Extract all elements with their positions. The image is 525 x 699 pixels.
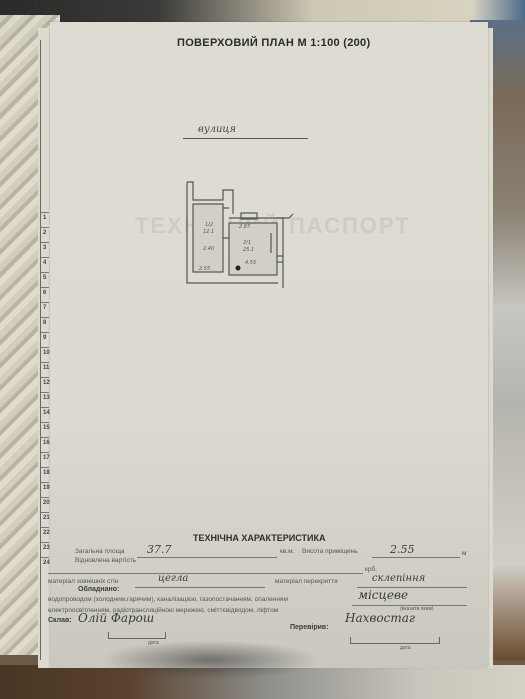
document-page <box>50 22 488 667</box>
cost-unit-label: крб. <box>365 566 377 573</box>
ruler-tick <box>41 317 49 318</box>
ruler-tick <box>41 212 49 213</box>
ruler-mark: 5 <box>43 275 46 281</box>
ruler-tick <box>41 347 49 348</box>
ruler-mark: 24 <box>43 560 50 566</box>
ruler-mark: 20 <box>43 500 50 506</box>
ruler-tick <box>41 407 49 408</box>
equipped-heading: Обладнано: <box>78 586 119 593</box>
ruler-mark: 15 <box>43 425 50 431</box>
ruler-mark: 3 <box>43 245 46 251</box>
ruler-tick <box>41 422 49 423</box>
ruler-mark: 2 <box>43 230 46 236</box>
checked-date-bracket <box>350 637 440 644</box>
compiled-date-bracket <box>108 632 166 639</box>
ruler-mark: 17 <box>43 455 50 461</box>
ruler-mark: 22 <box>43 530 50 536</box>
wall-material-label: матеріал зовнішніх стін <box>48 578 118 585</box>
ruler-mark: 12 <box>43 380 50 386</box>
ruler-mark: 16 <box>43 440 50 446</box>
height-value: 2.55 <box>390 543 415 556</box>
street-line <box>183 138 308 139</box>
ruler-tick <box>41 227 49 228</box>
svg-text:25.1: 25.1 <box>243 247 254 253</box>
ruler-mark: 4 <box>43 260 46 266</box>
ruler-tick <box>41 272 49 273</box>
ruler-mark: 7 <box>43 305 46 311</box>
restored-cost-label: Відновлена вартість <box>75 557 136 564</box>
height-line <box>372 557 460 558</box>
equipped-line-1: водопроводом (холодним,гарячим), каналіз… <box>48 596 288 603</box>
ruler-tick <box>41 257 49 258</box>
checked-date-caption: дата <box>400 645 411 651</box>
compiled-label: Склав: <box>48 617 72 624</box>
total-area-label: Загальна площа <box>75 548 125 555</box>
total-area-value: 37.7 <box>147 543 172 556</box>
ruler-tick <box>41 242 49 243</box>
svg-text:2/1: 2/1 <box>243 240 251 246</box>
wall-material-line <box>135 587 265 588</box>
ruler-tick <box>41 362 49 363</box>
svg-text:1/2: 1/2 <box>205 222 213 228</box>
ruler-mark: 9 <box>43 335 46 341</box>
ruler-tick <box>41 542 49 543</box>
ruler-tick <box>41 332 49 333</box>
ruler-mark: 6 <box>43 290 46 296</box>
ruler-tick <box>41 452 49 453</box>
restored-cost-line <box>48 573 363 574</box>
ruler-tick <box>41 527 49 528</box>
ruler-tick <box>41 482 49 483</box>
checked-signature: Нахвостаг <box>345 611 415 625</box>
ruler-mark: 8 <box>43 320 46 326</box>
ruler-tick <box>41 302 49 303</box>
ruler-mark: 21 <box>43 515 50 521</box>
ruler-mark: 1 <box>43 215 46 221</box>
svg-text:2.55: 2.55 <box>199 266 210 272</box>
binding-ruler: 123456789101112131415161718192021222324 <box>40 40 55 660</box>
ruler-tick <box>41 512 49 513</box>
height-unit-label: м <box>462 550 466 557</box>
tech-spec-heading: ТЕХНІЧНА ХАРАКТЕРИСТИКА <box>193 533 325 543</box>
area-unit-label: кв.м. <box>280 548 294 555</box>
page-title: ПОВЕРХОВИЙ ПЛАН М 1:100 (200) <box>177 37 370 49</box>
ruler-tick <box>41 377 49 378</box>
ruler-mark: 19 <box>43 485 50 491</box>
floor-plan-drawing: 1/2 12.1 2.40 2.55 2.87 2/1 25.1 4.55 <box>183 178 303 293</box>
ruler-tick <box>41 392 49 393</box>
ruler-tick <box>41 467 49 468</box>
ruler-tick <box>41 287 49 288</box>
ceiling-material-value: склепіння <box>372 573 425 584</box>
ruler-mark: 14 <box>43 410 50 416</box>
compiled-signature: Олій Фарош <box>78 611 154 625</box>
total-area-line <box>137 557 277 558</box>
ceiling-material-label: матеріал перекриття <box>275 578 338 585</box>
ruler-mark: 11 <box>43 365 49 371</box>
heating-value: місцеве <box>358 588 408 602</box>
ruler-tick <box>41 557 49 558</box>
checked-label: Перевірив: <box>290 624 329 631</box>
svg-text:12.1: 12.1 <box>203 229 214 235</box>
ruler-mark: 18 <box>43 470 50 476</box>
ruler-mark: 23 <box>43 545 50 551</box>
ruler-tick <box>41 437 49 438</box>
street-handwritten: вулиця <box>198 124 236 135</box>
height-label: Висота приміщень <box>302 548 358 555</box>
wall-material-value: цегла <box>158 573 188 584</box>
ruler-mark: 10 <box>43 350 50 356</box>
hand-shadow <box>100 640 320 680</box>
svg-text:2.87: 2.87 <box>239 224 251 230</box>
svg-text:2.40: 2.40 <box>203 246 214 252</box>
ruler-mark: 13 <box>43 395 50 401</box>
ruler-tick <box>41 497 49 498</box>
svg-text:4.55: 4.55 <box>245 260 256 266</box>
